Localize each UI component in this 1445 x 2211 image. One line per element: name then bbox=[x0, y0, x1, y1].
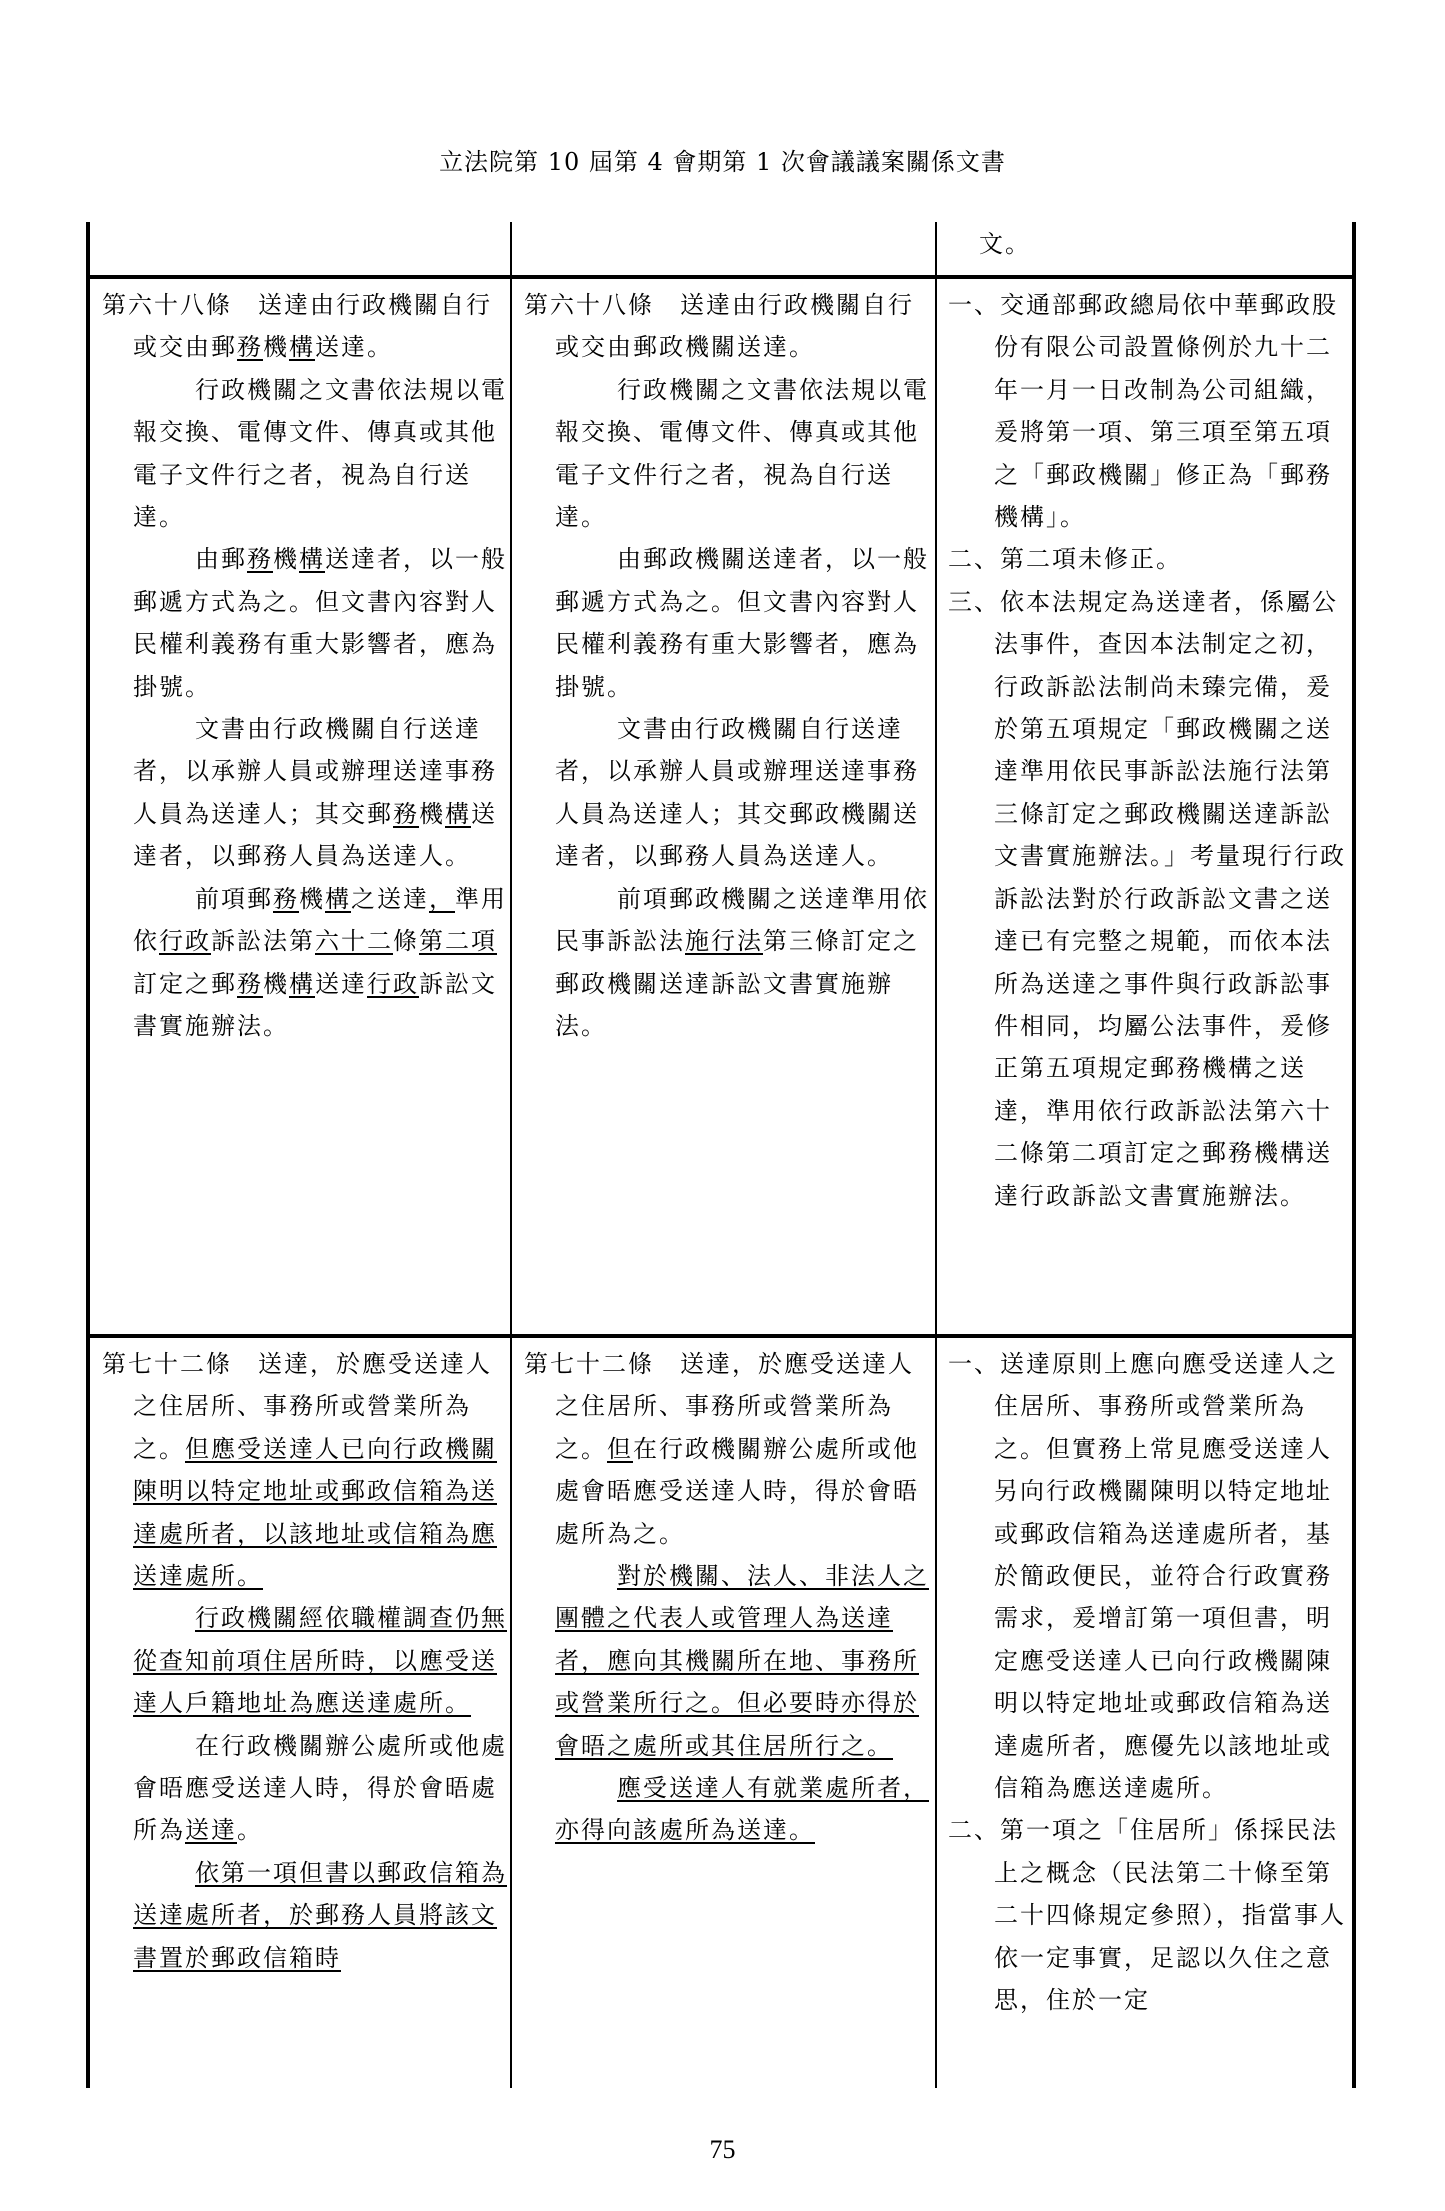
text-run: 訂定之郵 bbox=[133, 970, 237, 998]
amended-text: 行政 bbox=[367, 970, 419, 998]
amended-text: 務 bbox=[273, 885, 299, 913]
amended-text: 六十二 bbox=[315, 927, 393, 955]
amended-text: 送達 bbox=[185, 1816, 237, 1844]
amended-text: 務 bbox=[237, 333, 263, 361]
text-run: 之送達 bbox=[351, 885, 429, 913]
row1-proposed-text: 第六十八條 送達由行政機關自行或交由郵務機構送達。行政機關之文書依法規以電報交換… bbox=[102, 284, 507, 1047]
document-header-title: 立法院第 10 屆第 4 會期第 1 次會議議案關係文書 bbox=[0, 142, 1445, 177]
amended-text: 務 bbox=[393, 800, 419, 828]
text-run: 由郵政機關送達者，以一般郵遞方式為之。但文書內容對人民權利義務有重大影響者，應為… bbox=[555, 545, 929, 700]
text-run: 訴訟法第 bbox=[211, 927, 315, 955]
article-paragraph: 文書由行政機關自行送達者，以承辦人員或辦理送達事務人員為送達人；其交郵政機關送達… bbox=[555, 708, 929, 878]
article-body: 第六十八條 送達由行政機關自行或交由郵政機關送達。行政機關之文書依法規以電報交換… bbox=[524, 284, 929, 1047]
amended-text: 構 bbox=[289, 970, 315, 998]
article-heading: 第七十二條 送達，於應受送 bbox=[102, 1350, 440, 1378]
article-paragraph: 對於機關、法人、非法人之團體之代表人或管理人為送達者，應向其機關所在地、事務所或… bbox=[555, 1555, 929, 1767]
explanation-tail-text: 文。 bbox=[979, 223, 1353, 265]
column-divider bbox=[935, 222, 937, 2088]
text-run: 機 bbox=[419, 800, 445, 828]
text-run: 條 bbox=[393, 927, 419, 955]
amended-text: 第二項 bbox=[419, 927, 497, 955]
row2-current-text: 第七十二條 送達，於應受送達人之住居所、事務所或營業所為之。但在行政機關辦公處所… bbox=[524, 1343, 929, 1852]
amended-text: 構 bbox=[289, 333, 315, 361]
article-paragraph: 依第一項但書以郵政信箱為送達處所者，於郵務人員將該文書置於郵政信箱時 bbox=[133, 1852, 507, 1979]
explanation-item: 二、第二項未修正。 bbox=[948, 538, 1353, 580]
article-paragraph: 前項郵務機構之送達，準用依行政訴訟法第六十二條第二項訂定之郵務機構送達行政訴訟文… bbox=[133, 878, 507, 1048]
explanation-item: 二、第一項之「住居所」係採民法上之概念（民法第二十條至第二十四條規定參照），指當… bbox=[948, 1809, 1353, 2021]
article-paragraph: 前項郵政機關之送達準用依民事訴訟法施行法第三條訂定之郵政機關送達訴訟文書實施辦法… bbox=[555, 878, 929, 1048]
row1-explanation: 一、交通部郵政總局依中華郵政股份有限公司設置條例於九十二年一月一日改制為公司組織… bbox=[948, 284, 1353, 1217]
article-paragraph: 由郵務機構送達者，以一般郵遞方式為之。但文書內容對人民權利義務有重大影響者，應為… bbox=[133, 538, 507, 708]
text-run: 。 bbox=[237, 1816, 263, 1844]
article-body: 第六十八條 送達由行政機關自行或交由郵務機構送達。行政機關之文書依法規以電報交換… bbox=[102, 284, 507, 1047]
text-run: 機 bbox=[263, 970, 289, 998]
amended-text: 構 bbox=[299, 545, 325, 573]
explanation-item: 一、送達原則上應向應受送達人之住居所、事務所或營業所為之。但實務上常見應受送達人… bbox=[948, 1343, 1353, 1809]
article-heading-paragraph: 第七十二條 送達，於應受送達人之住居所、事務所或營業所為之。但在行政機關辦公處所… bbox=[555, 1343, 929, 1555]
text-run: 文書由行政機關自行送達者，以承辦人員或辦理送達事務人員為送達人；其交郵政機關送達… bbox=[555, 715, 919, 870]
text-run: 由郵 bbox=[195, 545, 247, 573]
article-paragraph: 文書由行政機關自行送達者，以承辦人員或辦理送達事務人員為送達人；其交郵務機構送達… bbox=[133, 708, 507, 878]
text-run: 行政機關之文書依法規以電報交換、電傳文件、傳真或其他電子文件行之者，視為自行送達… bbox=[133, 376, 507, 531]
article-heading-paragraph: 第七十二條 送達，於應受送達人之住居所、事務所或營業所為之。但應受送達人已向行政… bbox=[133, 1343, 507, 1597]
amended-text: 務 bbox=[237, 970, 263, 998]
row-divider bbox=[90, 1334, 1352, 1338]
text-run: 機 bbox=[273, 545, 299, 573]
text-run: 機 bbox=[263, 333, 289, 361]
explanation-item: 三、依本法規定為送達者，係屬公法事件，查因本法制定之初，行政訴訟法制尚未臻完備，… bbox=[948, 581, 1353, 1217]
amended-text: 施行法 bbox=[685, 927, 763, 955]
page-number: 75 bbox=[0, 2135, 1445, 2165]
row2-proposed-text: 第七十二條 送達，於應受送達人之住居所、事務所或營業所為之。但應受送達人已向行政… bbox=[102, 1343, 507, 1979]
amended-text: 行政 bbox=[159, 927, 211, 955]
amended-text: ， bbox=[429, 885, 455, 913]
article-paragraph: 應受送達人有就業處所者，亦得向該處所為送達。 bbox=[555, 1767, 929, 1852]
article-heading: 第七十二條 送達，於應受送 bbox=[524, 1350, 862, 1378]
article-body: 第七十二條 送達，於應受送達人之住居所、事務所或營業所為之。但在行政機關辦公處所… bbox=[524, 1343, 929, 1852]
article-paragraph: 行政機關之文書依法規以電報交換、電傳文件、傳真或其他電子文件行之者，視為自行送達… bbox=[133, 369, 507, 539]
amended-text: 依第一項但書以郵政信箱為送達處所者，於郵務人員將該文書置於郵政信箱時 bbox=[133, 1859, 507, 1972]
column-divider bbox=[510, 222, 512, 2088]
text-run: 機 bbox=[299, 885, 325, 913]
amended-text: 構 bbox=[445, 800, 471, 828]
amended-text: 構 bbox=[325, 885, 351, 913]
text-run: 前項郵 bbox=[195, 885, 273, 913]
article-heading: 第六十八條 送達由行政機關 bbox=[102, 291, 440, 319]
article-paragraph: 行政機關經依職權調查仍無從查知前項住居所時，以應受送達人戶籍地址為應送達處所。 bbox=[133, 1597, 507, 1724]
row1-current-text: 第六十八條 送達由行政機關自行或交由郵政機關送達。行政機關之文書依法規以電報交換… bbox=[524, 284, 929, 1047]
text-run: 行政機關之文書依法規以電報交換、電傳文件、傳真或其他電子文件行之者，視為自行送達… bbox=[555, 376, 929, 531]
comparison-table: 文。 第六十八條 送達由行政機關自行或交由郵務機構送達。行政機關之文書依法規以電… bbox=[86, 222, 1356, 2088]
amended-text: 對於機關、法人、非法人之團體之代表人或管理人為送達者，應向其機關所在地、事務所或… bbox=[555, 1562, 929, 1760]
amended-text: 應受送達人有就業處所者，亦得向該處所為送達。 bbox=[555, 1774, 929, 1844]
article-heading-paragraph: 第六十八條 送達由行政機關自行或交由郵務機構送達。 bbox=[133, 284, 507, 369]
amended-text: 但應受送達人已向行政機關陳明以特定地址或郵政信箱為送達處所者，以該地址或信箱為應… bbox=[133, 1435, 497, 1590]
article-paragraph: 由郵政機關送達者，以一般郵遞方式為之。但文書內容對人民權利義務有重大影響者，應為… bbox=[555, 538, 929, 708]
row2-explanation: 一、送達原則上應向應受送達人之住居所、事務所或營業所為之。但實務上常見應受送達人… bbox=[948, 1343, 1353, 2022]
article-body: 第七十二條 送達，於應受送達人之住居所、事務所或營業所為之。但應受送達人已向行政… bbox=[102, 1343, 507, 1979]
article-heading-paragraph: 第六十八條 送達由行政機關自行或交由郵政機關送達。 bbox=[555, 284, 929, 369]
article-paragraph: 行政機關之文書依法規以電報交換、電傳文件、傳真或其他電子文件行之者，視為自行送達… bbox=[555, 369, 929, 539]
explanation-item: 一、交通部郵政總局依中華郵政股份有限公司設置條例於九十二年一月一日改制為公司組織… bbox=[948, 284, 1353, 538]
article-paragraph: 在行政機關辦公處所或他處會晤應受送達人時，得於會晤處所為送達。 bbox=[133, 1725, 507, 1852]
row-divider bbox=[90, 275, 1352, 279]
amended-text: 但 bbox=[607, 1435, 633, 1463]
text-run: 送達 bbox=[315, 970, 367, 998]
article-heading: 第六十八條 送達由行政機關 bbox=[524, 291, 862, 319]
amended-text: 行政機關經依職權調查仍無從查知前項住居所時，以應受送達人戶籍地址為應送達處所。 bbox=[133, 1604, 507, 1717]
explanation-continuation: 文。 bbox=[948, 223, 1353, 265]
amended-text: 務 bbox=[247, 545, 273, 573]
text-run: 送達。 bbox=[315, 333, 393, 361]
